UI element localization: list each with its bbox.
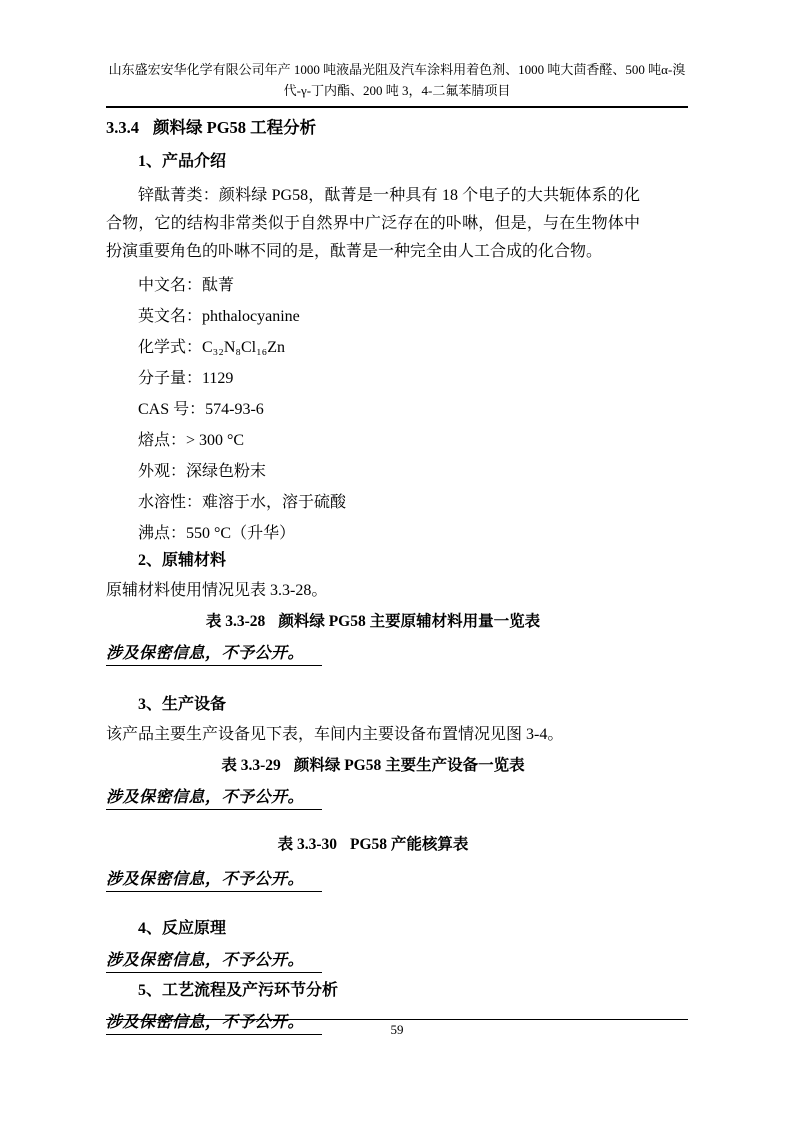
section-number: 3.3.4	[106, 118, 139, 137]
property-molecular-mass: 分子量：1129	[106, 363, 640, 394]
page-header-title: 山东盛宏安华化学有限公司年产 1000 吨液晶光阻及汽车涂料用着色剂、1000 …	[109, 62, 686, 98]
property-chinese-name: 中文名：酞菁	[106, 270, 640, 301]
confidential-notice-text: 涉及保密信息，不予公开。	[106, 868, 322, 892]
table-caption-label: 表 3.3-28	[206, 613, 265, 630]
table-caption-label: 表 3.3-30	[278, 836, 337, 853]
table-caption-3-3-28: 表 3.3-28颜料绿 PG58 主要原辅材料用量一览表	[106, 611, 640, 633]
confidential-notice-text: 涉及保密信息，不予公开。	[106, 949, 322, 973]
page-header: 山东盛宏安华化学有限公司年产 1000 吨液晶光阻及汽车涂料用着色剂、1000 …	[106, 55, 688, 108]
heading-product-intro: 1、产品介绍	[106, 151, 640, 173]
product-properties-list: 中文名：酞菁 英文名：phthalocyanine 化学式：C₃₂N₈Cl₁₆Z…	[106, 270, 640, 549]
heading-equipment: 3、生产设备	[106, 694, 640, 716]
table-caption-title: 颜料绿 PG58 主要原辅材料用量一览表	[278, 613, 540, 630]
property-formula: 化学式：C₃₂N₈Cl₁₆Zn	[106, 332, 640, 363]
property-english-name: 英文名：phthalocyanine	[106, 301, 640, 332]
page-number: 59	[391, 1021, 404, 1038]
heading-process-analysis: 5、工艺流程及产污环节分析	[106, 980, 640, 1002]
product-intro-paragraph: 锌酞菁类：颜料绿 PG58，酞菁是一种具有 18 个电子的大共轭体系的化合物，它…	[106, 182, 640, 266]
page-footer: 59	[106, 1019, 688, 1039]
heading-raw-materials: 2、原辅材料	[106, 550, 640, 572]
section-title: 3.3.4颜料绿 PG58 工程分析	[106, 117, 640, 139]
equipment-text: 该产品主要生产设备见下表，车间内主要设备布置情况见图 3-4。	[106, 724, 640, 746]
heading-reaction: 4、反应原理	[106, 918, 640, 940]
table-caption-3-3-30: 表 3.3-30PG58 产能核算表	[106, 834, 640, 856]
table-caption-3-3-29: 表 3.3-29颜料绿 PG58 主要生产设备一览表	[106, 755, 640, 777]
property-cas-number: CAS 号：574-93-6	[106, 394, 640, 425]
confidential-notice: 涉及保密信息，不予公开。	[106, 786, 640, 810]
property-melting-point: 熔点：> 300 °C	[106, 425, 640, 456]
table-caption-title: PG58 产能核算表	[350, 836, 468, 853]
property-solubility: 水溶性：难溶于水，溶于硫酸	[106, 487, 640, 518]
confidential-notice-text: 涉及保密信息，不予公开。	[106, 786, 322, 810]
raw-materials-text: 原辅材料使用情况见表 3.3-28。	[106, 580, 640, 602]
confidential-notice: 涉及保密信息，不予公开。	[106, 949, 640, 973]
confidential-notice-text: 涉及保密信息，不予公开。	[106, 642, 322, 666]
confidential-notice: 涉及保密信息，不予公开。	[106, 642, 640, 666]
table-caption-title: 颜料绿 PG58 主要生产设备一览表	[294, 757, 525, 774]
document-page: 山东盛宏安华化学有限公司年产 1000 吨液晶光阻及汽车涂料用着色剂、1000 …	[0, 0, 794, 1123]
document-body: 3.3.4颜料绿 PG58 工程分析 1、产品介绍 锌酞菁类：颜料绿 PG58，…	[106, 117, 640, 1035]
table-caption-label: 表 3.3-29	[221, 757, 280, 774]
property-boiling-point: 沸点：550 °C（升华）	[106, 518, 640, 549]
confidential-notice: 涉及保密信息，不予公开。	[106, 868, 640, 892]
property-appearance: 外观：深绿色粉末	[106, 456, 640, 487]
section-title-text: 颜料绿 PG58 工程分析	[153, 118, 316, 137]
